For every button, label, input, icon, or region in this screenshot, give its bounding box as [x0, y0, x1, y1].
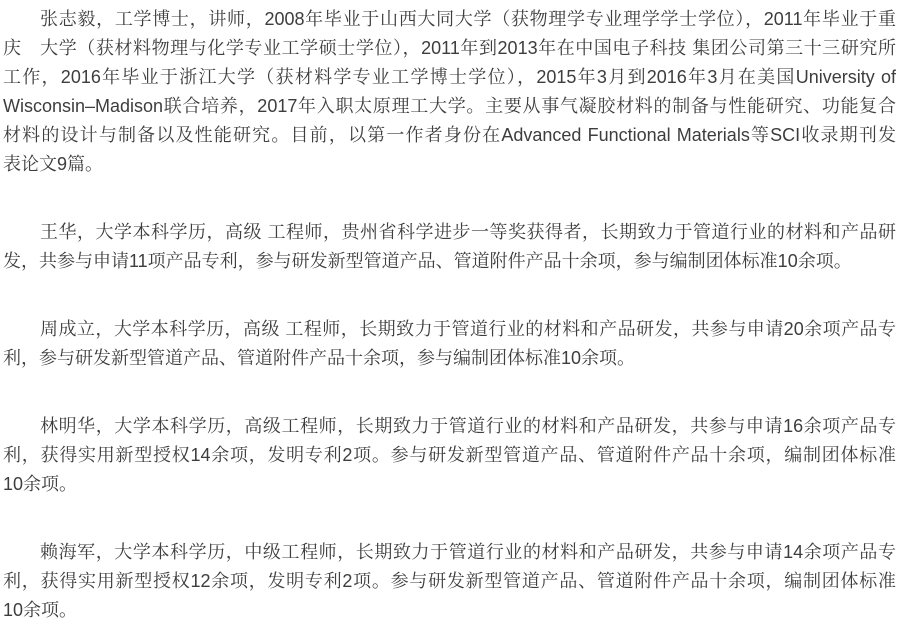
text-line: 利，参与研发新型管道产品、管道附件产品十余项，参与编制团体标准10余项。 [3, 344, 896, 373]
bio-paragraph: 赖海军，大学本科学历，中级工程师，长期致力于管道行业的材料和产品研发，共参与申请… [3, 538, 896, 622]
text-line: 表论文9篇。 [3, 150, 896, 179]
text-line: 10余项。 [3, 470, 896, 499]
text-line: 利，获得实用新型授权14余项，发明专利2项。参与研发新型管道产品、管道附件产品十… [3, 441, 896, 470]
text-line: 赖海军，大学本科学历，中级工程师，长期致力于管道行业的材料和产品研发，共参与申请… [3, 538, 896, 567]
text-line: 利，获得实用新型授权12余项，发明专利2项。参与研发新型管道产品、管道附件产品十… [3, 567, 896, 596]
text-line: 工作，2016年毕业于浙江大学（获材料学专业工学博士学位），2015年3月到20… [3, 63, 896, 92]
text-line: 材料的设计与制备以及性能研究。目前，以第一作者身份在Advanced Funct… [3, 121, 896, 150]
text-line: 林明华，大学本科学历，高级工程师，长期致力于管道行业的材料和产品研发，共参与申请… [3, 412, 896, 441]
text-line: Wisconsin–Madison联合培养，2017年入职太原理工大学。主要从事… [3, 92, 896, 121]
text-line: 庆 大学（获材料物理与化学专业工学硕士学位），2011年到2013年在中国电子科… [3, 34, 896, 63]
text-line: 王华，大学本科学历，高级 工程师，贵州省科学进步一等奖获得者，长期致力于管道行业… [3, 218, 896, 247]
bio-paragraph: 周成立，大学本科学历，高级 工程师，长期致力于管道行业的材料和产品研发，共参与申… [3, 315, 896, 373]
page: { "page": { "background_color": "#ffffff… [0, 0, 900, 622]
text-line: 周成立，大学本科学历，高级 工程师，长期致力于管道行业的材料和产品研发，共参与申… [3, 315, 896, 344]
text-line: 张志毅，工学博士，讲师，2008年毕业于山西大同大学（获物理学专业理学学士学位）… [3, 5, 896, 34]
bio-paragraph: 张志毅，工学博士，讲师，2008年毕业于山西大同大学（获物理学专业理学学士学位）… [3, 5, 896, 179]
bio-paragraph: 林明华，大学本科学历，高级工程师，长期致力于管道行业的材料和产品研发，共参与申请… [3, 412, 896, 499]
document-body: 张志毅，工学博士，讲师，2008年毕业于山西大同大学（获物理学专业理学学士学位）… [0, 0, 900, 622]
text-line: 10余项。 [3, 596, 896, 622]
text-line: 发，共参与申请11项产品专利，参与研发新型管道产品、管道附件产品十余项，参与编制… [3, 247, 896, 276]
bio-paragraph: 王华，大学本科学历，高级 工程师，贵州省科学进步一等奖获得者，长期致力于管道行业… [3, 218, 896, 276]
